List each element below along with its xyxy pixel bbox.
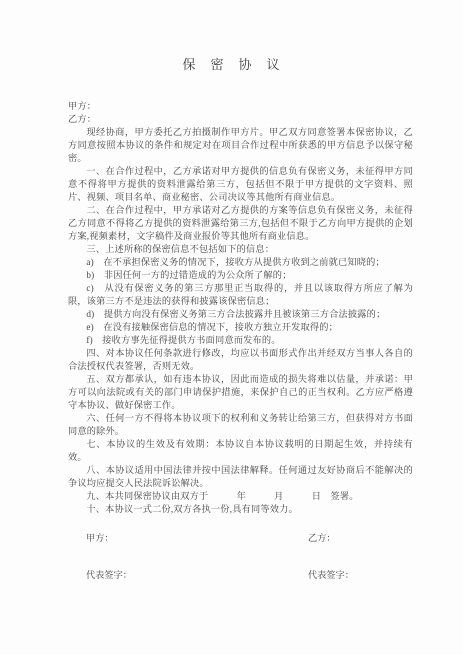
- clause-paragraph-6: 六、任何一方不得将本协议项下的权利和义务转让给第三方，但获得对方书面同意的除外。: [68, 412, 413, 438]
- signature-rep-b-label: 代表签字：: [308, 569, 413, 582]
- signature-block: 甲方： 乙方： 代表签字： 代表签字：: [68, 532, 413, 582]
- party-a-header-line: 甲方：: [68, 100, 413, 113]
- clause-paragraph-4: 四、对本协议任何条款进行修改，均应以书面形式作出并经双方当事人各自的合法授权代表…: [68, 347, 413, 373]
- intro-paragraph: 现经协商，甲方委托乙方拍摄制作甲方片。甲乙双方同意签署本保密协议，乙方同意按照本…: [68, 126, 413, 165]
- signature-party-row: 甲方： 乙方：: [86, 532, 413, 545]
- clause-paragraph-9: 九、本共同保密协议由双方于 年 月 日 签署。: [68, 490, 413, 503]
- clause-item-e: e) 在没有接触保密信息的情况下，接收方独立开发取得的；: [68, 321, 413, 334]
- clause-paragraph-2: 二、在合作过程中，甲方承诺对乙方提供的方案等信息负有保密义务，未征得乙方同意不得…: [68, 204, 413, 243]
- signature-party-b-label: 乙方：: [308, 532, 413, 545]
- clause-paragraph-1: 一、在合作过程中，乙方承诺对甲方提供的信息负有保密义务，未征得甲方同意不得将甲方…: [68, 165, 413, 204]
- signature-rep-row: 代表签字： 代表签字：: [86, 569, 413, 582]
- clause-paragraph-5: 五、双方都承认，如有违本协议，因此而造成的损失将难以估量，并承诺：甲方可以向法院…: [68, 373, 413, 412]
- clause-paragraph-7: 七、本协议的生效及有效期：本协议自本协议载明的日期起生效，并持续有效。: [68, 438, 413, 464]
- document-body: 甲方： 乙方： 现经协商，甲方委托乙方拍摄制作甲方片。甲乙双方同意签署本保密协议…: [68, 100, 413, 516]
- clause-item-f: f) 接收方事先征得提供方书面同意而发布的。: [68, 334, 413, 347]
- clause-item-b: b) 非因任何一方的过错造成的为公众所了解的；: [68, 269, 413, 282]
- clause-paragraph-3: 三、上述所称的保密信息不包括如下的信息：: [68, 243, 413, 256]
- clause-item-c: c) 从没有保密义务的第三方那里正当取得的，并且以该取得方所应了解为限，该第三方…: [68, 282, 413, 308]
- clause-paragraph-8: 八、本协议适用中国法律并按中国法律解释。任何通过友好协商后不能解决的争议均应提交…: [68, 464, 413, 490]
- signature-rep-a-label: 代表签字：: [86, 569, 308, 582]
- document-title: 保 密 协 议: [0, 58, 463, 72]
- clause-paragraph-10: 十、本协议一式二份,双方各执一份,具有同等效力。: [68, 503, 413, 516]
- clause-item-a: a) 在不承担保密义务的情况下，接收方从提供方收到之前就已知晓的；: [68, 256, 413, 269]
- clause-item-d: d) 提供方向没有保密义务第三方合法披露并且被该第三方合法披露的；: [68, 308, 413, 321]
- signature-party-a-label: 甲方：: [86, 532, 308, 545]
- party-b-header-line: 乙方：: [68, 113, 413, 126]
- document-page: 保 密 协 议 甲方： 乙方： 现经协商，甲方委托乙方拍摄制作甲方片。甲乙双方同…: [0, 0, 463, 655]
